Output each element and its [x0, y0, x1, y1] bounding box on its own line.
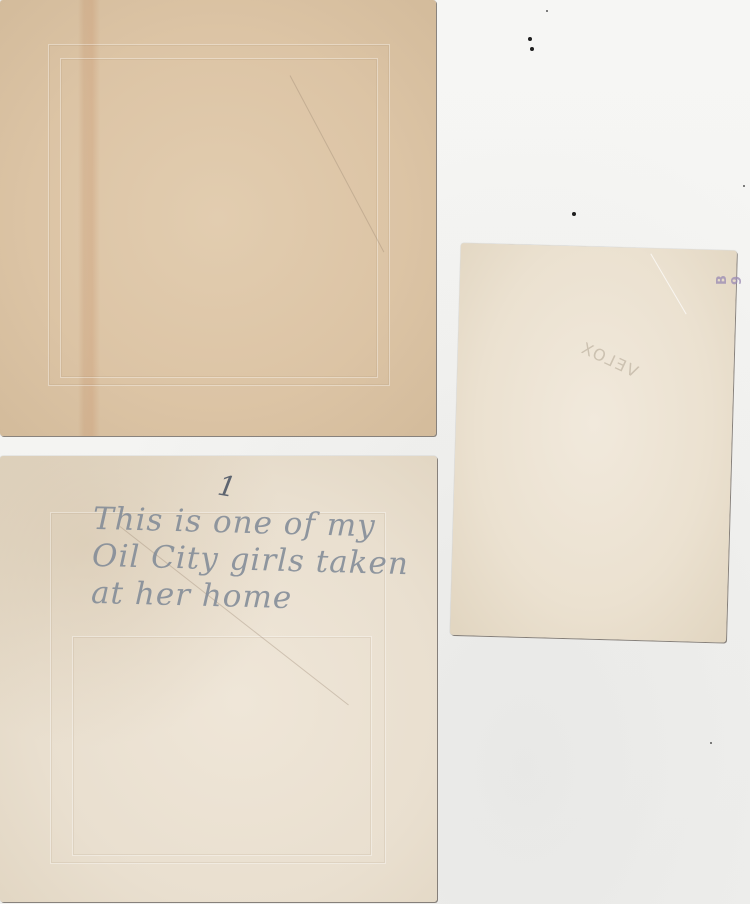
dust-speck — [530, 47, 534, 51]
ink-stamp: B 9 — [715, 250, 745, 285]
handwritten-note: This is one of my Oil City girls taken a… — [91, 501, 411, 620]
embossed-border-inner — [60, 58, 378, 378]
dust-speck — [528, 37, 532, 41]
dust-speck — [743, 185, 745, 187]
dust-speck — [546, 10, 548, 12]
torn-corner-crease — [650, 254, 686, 315]
dust-speck — [710, 742, 712, 744]
dust-speck — [572, 212, 576, 216]
photo-card-back-right — [450, 243, 737, 643]
photo-card-back-top-left — [0, 0, 436, 436]
embossed-photo-window — [72, 636, 372, 856]
